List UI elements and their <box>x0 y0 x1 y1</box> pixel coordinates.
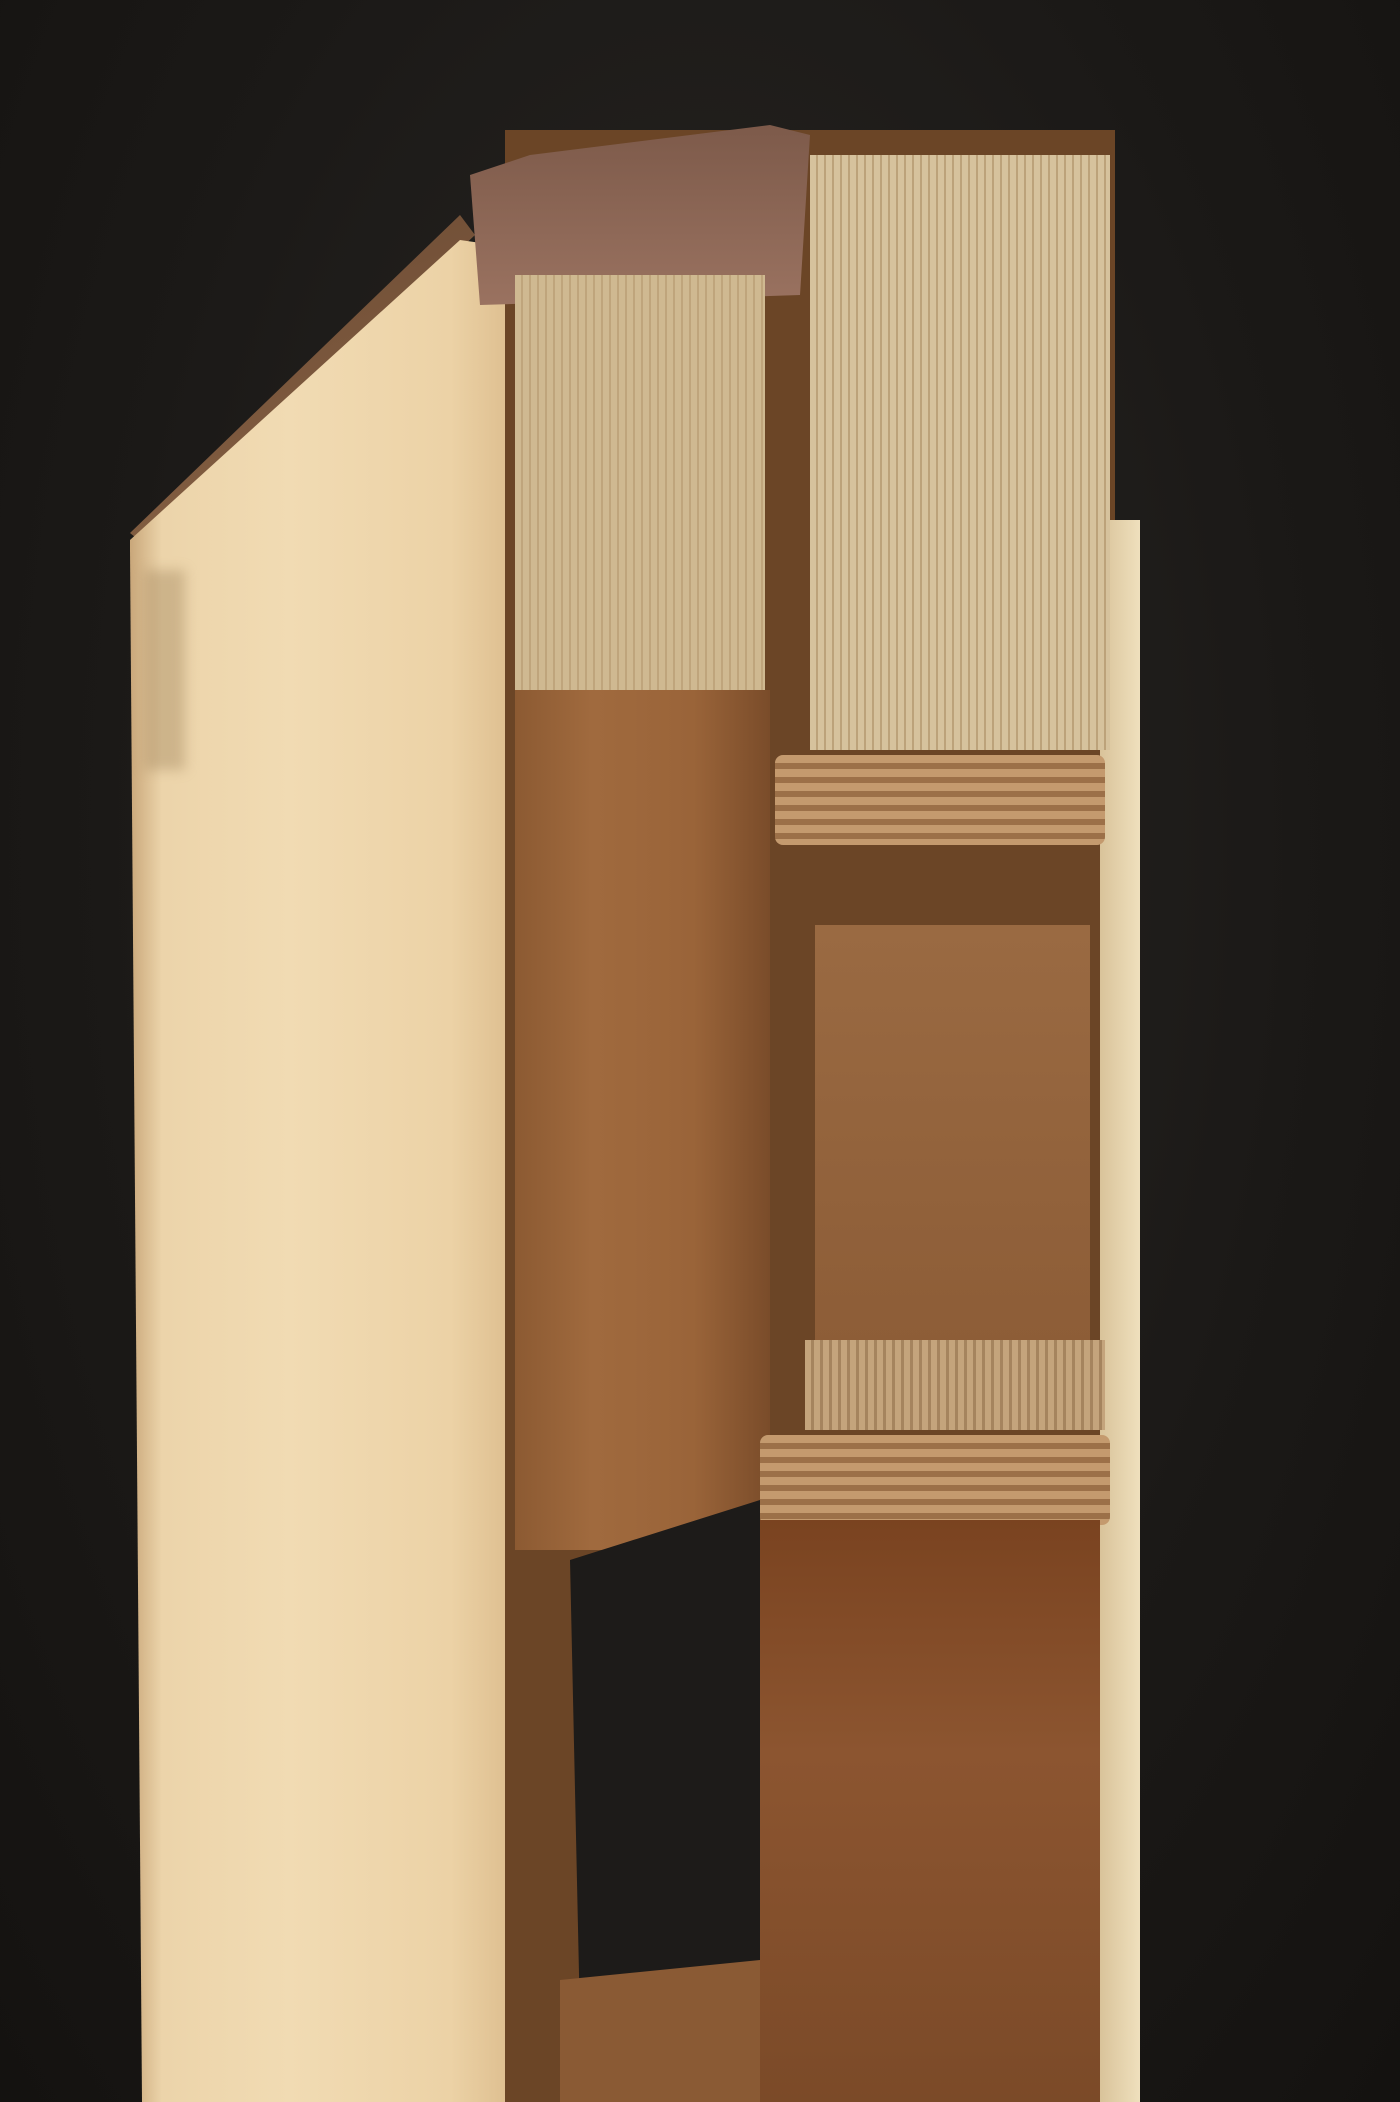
faded-label <box>145 570 185 770</box>
spine-hole <box>560 1500 760 2020</box>
parchment-cover <box>130 240 530 2102</box>
sewing-cords <box>805 1340 1105 1430</box>
leather-lower-panel <box>760 1520 1100 2102</box>
manuscript-fragment-left <box>515 275 765 690</box>
manuscript-fragment-right <box>810 155 1110 750</box>
torn-leather-tail <box>560 1960 760 2102</box>
raised-band-upper <box>775 755 1105 845</box>
page-edge <box>1100 520 1140 2102</box>
leather-strip-left <box>515 690 770 1550</box>
leather-panel-right <box>815 925 1090 1345</box>
raised-band-lower <box>760 1435 1110 1525</box>
